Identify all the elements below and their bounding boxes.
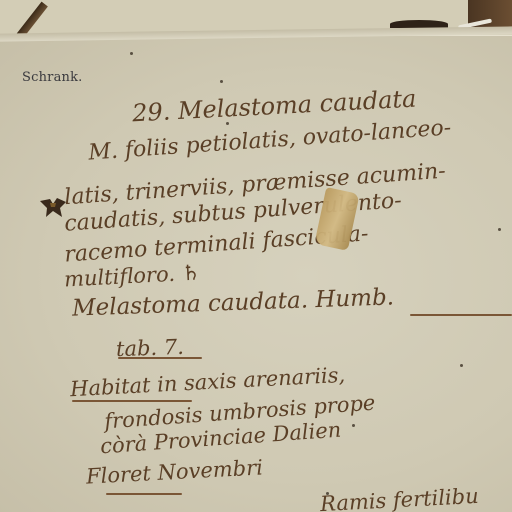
collector-stamp: Schrank. <box>22 70 83 85</box>
paper-speck <box>498 228 501 231</box>
insect-damage-icon <box>38 195 68 219</box>
underline-habitat <box>72 400 192 402</box>
underline-floret <box>106 493 182 495</box>
paper-speck <box>226 122 229 125</box>
paper-speck <box>326 492 329 495</box>
specimen-stem-fragment <box>468 0 512 30</box>
paper-speck <box>352 424 355 427</box>
paper-speck <box>130 52 133 55</box>
underline-humb <box>410 314 512 316</box>
underline-tab <box>118 357 202 359</box>
paper-speck <box>460 364 463 367</box>
paper-speck <box>220 80 223 83</box>
